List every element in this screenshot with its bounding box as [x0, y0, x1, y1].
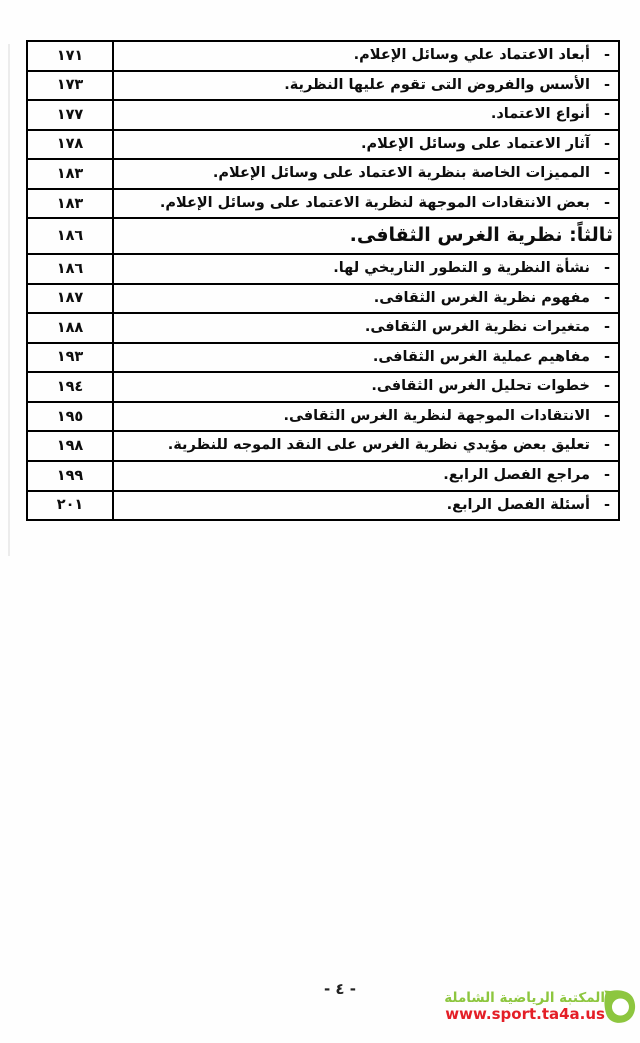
toc-entry-title-cell: -مفهوم نظرية الغرس الثقافى. [113, 284, 619, 314]
toc-entry-title: نشأة النظرية و التطور التاريخي لها. [333, 260, 590, 276]
toc-item-dash: - [604, 436, 610, 456]
toc-item-row: ١٨٧-مفهوم نظرية الغرس الثقافى. [27, 284, 619, 314]
toc-entry-title-cell: -تعليق بعض مؤيدي نظرية الغرس على النقد ا… [113, 431, 619, 461]
toc-item-dash: - [604, 46, 610, 66]
toc-entry-title: أبعاد الاعتماد علي وسائل الإعلام. [354, 47, 590, 63]
toc-entry-title-cell: -مفاهيم عملية الغرس الثقافى. [113, 343, 619, 373]
toc-item-dash: - [604, 164, 610, 184]
toc-page-number: ١٨٣ [27, 159, 113, 189]
toc-item-dash: - [604, 105, 610, 125]
toc-item-dash: - [604, 194, 610, 214]
toc-entry-title: خطوات تحليل الغرس الثقافى. [371, 378, 590, 394]
toc-entry-title-cell: -أنواع الاعتماد. [113, 100, 619, 130]
toc-item-row: ١٧١-أبعاد الاعتماد علي وسائل الإعلام. [27, 41, 619, 71]
toc-item-row: ١٧٧-أنواع الاعتماد. [27, 100, 619, 130]
toc-page-number: ١٩٣ [27, 343, 113, 373]
toc-page-number: ١٨٧ [27, 284, 113, 314]
watermark[interactable]: المكتبة الرياضية الشاملة www.sport.ta4a.… [444, 988, 637, 1026]
toc-entry-title: متغيرات نظرية الغرس الثقافى. [365, 319, 590, 335]
toc-item-row: ٢٠١-أسئلة الفصل الرابع. [27, 491, 619, 521]
toc-page-number: ١٩٩ [27, 461, 113, 491]
toc-entry-title: مراجع الفصل الرابع. [443, 467, 590, 483]
toc-entry-title-cell: -متغيرات نظرية الغرس الثقافى. [113, 313, 619, 343]
toc-entry-title-cell: ثالثاً: نظرية الغرس الثقافى. [113, 218, 619, 254]
toc-page-number: ١٨٦ [27, 254, 113, 284]
toc-item-dash: - [604, 76, 610, 96]
toc-item-row: ١٩٤-خطوات تحليل الغرس الثقافى. [27, 372, 619, 402]
toc-page-number: ١٩٥ [27, 402, 113, 432]
toc-entry-title-cell: -خطوات تحليل الغرس الثقافى. [113, 372, 619, 402]
toc-entry-title: الانتقادات الموجهة لنظرية الغرس الثقافى. [283, 408, 590, 424]
toc-entry-title: أسئلة الفصل الرابع. [447, 497, 590, 513]
toc-entry-title-cell: -نشأة النظرية و التطور التاريخي لها. [113, 254, 619, 284]
toc-item-row: ١٨٣-المميزات الخاصة بنظرية الاعتماد على … [27, 159, 619, 189]
toc-entry-title: آثار الاعتماد على وسائل الإعلام. [361, 136, 590, 152]
toc-entry-title: المميزات الخاصة بنظرية الاعتماد على وسائ… [213, 165, 590, 181]
toc-item-row: ١٨٨-متغيرات نظرية الغرس الثقافى. [27, 313, 619, 343]
toc-item-row: ١٧٨-آثار الاعتماد على وسائل الإعلام. [27, 130, 619, 160]
toc-page-number: ١٧٣ [27, 71, 113, 101]
toc-page-number: ١٨٣ [27, 189, 113, 219]
toc-page-number: ١٧٨ [27, 130, 113, 160]
toc-item-dash: - [604, 318, 610, 338]
toc-entry-title: الأسس والفروض التى تقوم عليها النظرية. [284, 77, 590, 93]
toc-page-number: ١٧٧ [27, 100, 113, 130]
toc-table: ١٧١-أبعاد الاعتماد علي وسائل الإعلام.١٧٣… [26, 40, 620, 521]
toc-item-row: ١٩٨-تعليق بعض مؤيدي نظرية الغرس على النق… [27, 431, 619, 461]
toc-item-row: ١٩٩-مراجع الفصل الرابع. [27, 461, 619, 491]
toc-entry-title: مفاهيم عملية الغرس الثقافى. [373, 349, 590, 365]
watermark-site-url[interactable]: www.sport.ta4a.us [445, 1006, 605, 1023]
toc-item-dash: - [604, 348, 610, 368]
toc-entry-title: بعض الانتقادات الموجهة لنظرية الاعتماد ع… [160, 195, 590, 211]
toc-section-row: ١٨٦ثالثاً: نظرية الغرس الثقافى. [27, 218, 619, 254]
toc-entry-title-cell: -المميزات الخاصة بنظرية الاعتماد على وسا… [113, 159, 619, 189]
toc-page-number: ١٨٦ [27, 218, 113, 254]
toc-item-dash: - [604, 289, 610, 309]
toc-entry-title: ثالثاً: نظرية الغرس الثقافى. [350, 224, 613, 246]
toc-item-dash: - [604, 259, 610, 279]
toc-entry-title-cell: -أبعاد الاعتماد علي وسائل الإعلام. [113, 41, 619, 71]
toc-page-number: ١٩٨ [27, 431, 113, 461]
toc-entry-title-cell: -آثار الاعتماد على وسائل الإعلام. [113, 130, 619, 160]
toc-body: ١٧١-أبعاد الاعتماد علي وسائل الإعلام.١٧٣… [27, 41, 619, 520]
toc-item-dash: - [604, 496, 610, 516]
toc-entry-title-cell: -الأسس والفروض التى تقوم عليها النظرية. [113, 71, 619, 101]
toc-entry-title-cell: -الانتقادات الموجهة لنظرية الغرس الثقافى… [113, 402, 619, 432]
toc-item-row: ١٨٣-بعض الانتقادات الموجهة لنظرية الاعتم… [27, 189, 619, 219]
toc-item-dash: - [604, 135, 610, 155]
toc-entry-title-cell: -بعض الانتقادات الموجهة لنظرية الاعتماد … [113, 189, 619, 219]
ta4a-logo-icon [603, 988, 637, 1026]
toc-entry-title: مفهوم نظرية الغرس الثقافى. [374, 290, 590, 306]
toc-entry-title-cell: -أسئلة الفصل الرابع. [113, 491, 619, 521]
toc-page-number: ١٧١ [27, 41, 113, 71]
toc-entry-title: تعليق بعض مؤيدي نظرية الغرس على النقد ال… [168, 437, 590, 453]
toc-item-dash: - [604, 466, 610, 486]
toc-item-row: ١٩٥-الانتقادات الموجهة لنظرية الغرس الثق… [27, 402, 619, 432]
toc-page-number: ١٨٨ [27, 313, 113, 343]
toc-item-dash: - [604, 377, 610, 397]
toc-entry-title: أنواع الاعتماد. [491, 106, 590, 122]
watermark-text-block: المكتبة الرياضية الشاملة www.sport.ta4a.… [444, 991, 605, 1024]
toc-entry-title-cell: -مراجع الفصل الرابع. [113, 461, 619, 491]
toc-item-row: ١٩٣-مفاهيم عملية الغرس الثقافى. [27, 343, 619, 373]
toc-page-number: ٢٠١ [27, 491, 113, 521]
scan-edge-artifact [8, 44, 10, 556]
toc-item-row: ١٧٣-الأسس والفروض التى تقوم عليها النظري… [27, 71, 619, 101]
watermark-site-name: المكتبة الرياضية الشاملة [444, 991, 605, 1007]
toc-item-row: ١٨٦-نشأة النظرية و التطور التاريخي لها. [27, 254, 619, 284]
toc-item-dash: - [604, 407, 610, 427]
toc-page-number: ١٩٤ [27, 372, 113, 402]
